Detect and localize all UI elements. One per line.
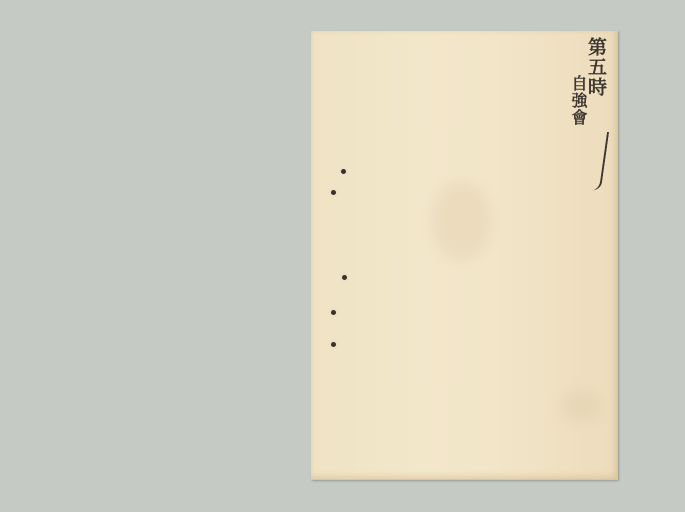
calligraphy-subtitle: 自強會 bbox=[567, 75, 590, 126]
brush-stroke-tail bbox=[589, 130, 609, 191]
binding-hole bbox=[341, 169, 346, 174]
binding-hole bbox=[342, 275, 347, 280]
paper-stain bbox=[431, 181, 491, 261]
paper-stain bbox=[561, 391, 601, 421]
binding-hole bbox=[331, 190, 336, 195]
document-page: 第五時 自強會 bbox=[311, 31, 618, 480]
binding-hole bbox=[331, 310, 336, 315]
binding-hole bbox=[331, 342, 336, 347]
